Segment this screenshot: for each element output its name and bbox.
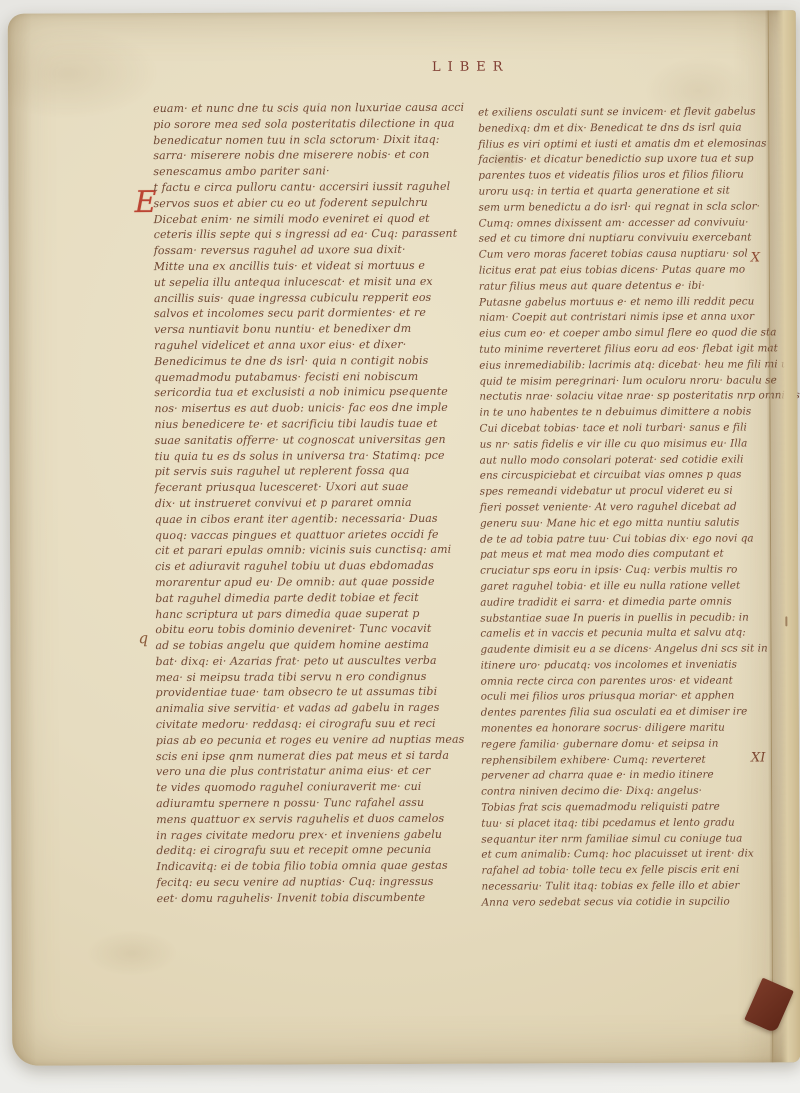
text-line: raguhel videlicet et anna uxor eius· et …: [154, 337, 488, 354]
text-line: vero una die plus contristatur anima eiu…: [156, 763, 490, 780]
text-line: eius cum eo· et coeper ambo simul flere …: [479, 326, 761, 343]
text-line: pio sorore mea sed sola posteritatis dil…: [153, 115, 487, 132]
text-line: contra niniven decimo die· Dixq: angelus…: [481, 784, 763, 801]
chapter-mark-x: X: [751, 250, 760, 265]
left-margin-mark: q: [138, 629, 148, 647]
text-line: rephensibilem exhibere· Cumq: reverteret: [481, 752, 763, 769]
text-line: Anna vero sedebat secus via cotidie in s…: [482, 894, 764, 911]
text-line: ens circuspiciebat et circuibat vias omn…: [480, 468, 762, 485]
text-line: dentes parentes filia sua osculati ea et…: [481, 705, 763, 722]
text-line: ad se tobias angelu que quidem homine ae…: [155, 637, 489, 654]
text-line: pias ab eo pecunia et roges eu venire ad…: [156, 732, 490, 749]
text-line: tuu· si placet itaq: tibi pcedamus et le…: [481, 815, 763, 832]
text-line: sequantur iter nrm familiae simul cu con…: [481, 831, 763, 848]
text-line: sericordia tua et exclusisti a nob inimi…: [154, 384, 488, 401]
text-line: de te ad tobia patre tuu· Cui tobias dix…: [480, 531, 762, 548]
text-line: Putasne gabelus mortuus e· et nemo illi …: [479, 294, 761, 311]
text-line: cit et parari epulas omnib: vicinis suis…: [155, 542, 489, 559]
text-line: Tobias frat scis quemadmodu reliquisti p…: [481, 799, 763, 816]
text-line: generu suu· Mane hic et ego mitta nuntiu…: [480, 515, 762, 532]
text-line: Cum vero moras faceret tobias causa nupt…: [479, 247, 761, 264]
text-line: in te uno habentes te n debuimus dimitte…: [479, 405, 761, 422]
text-line: benedixq: dm et dix· Benedicat te dns ds…: [478, 120, 760, 137]
text-line: nos· misertus es aut duob: unicis· fac e…: [154, 400, 488, 417]
text-line: gaudente dimisit eu a se dicens· Angelus…: [480, 642, 762, 659]
text-line: tuto minime reverteret filius eoru ad eo…: [479, 341, 761, 358]
text-line: parentes tuos et videatis filios uros et…: [478, 168, 760, 185]
text-line: suae sanitatis offerre· ut cognoscat uni…: [155, 431, 489, 448]
text-line: dix· ut instrueret convivui et p pararet…: [155, 495, 489, 512]
text-line: scis eni ipse qnm numerat dies pat meus …: [156, 747, 490, 764]
text-line: fecerant priusqua lucesceret· Uxori aut …: [155, 479, 489, 496]
text-line: bat raguhel dimedia parte dedit tobiae e…: [155, 589, 489, 606]
text-line: quemadmodu putabamus· fecisti eni nobisc…: [154, 368, 488, 385]
text-line: Cui dicebat tobias· tace et noli turbari…: [479, 420, 761, 437]
text-line: hanc scriptura ut pars dimedia quae supe…: [155, 605, 489, 622]
text-line: quae in cibos erant iter agentib: necess…: [155, 510, 489, 527]
book-fore-edge: [768, 10, 800, 1062]
text-line: fieri posset veniente· At vero raguhel d…: [480, 499, 762, 516]
text-line: pit servis suis raguhel ut replerent fos…: [155, 463, 489, 480]
text-line: niam· Coepit aut contristari nimis ipse …: [479, 310, 761, 327]
text-line: nius benedicere te· et sacrificiu tibi l…: [154, 416, 488, 433]
text-line: quoq: vaccas pingues et quattuor arietes…: [155, 526, 489, 543]
text-line: animalia sive servitia· et vadas ad gabe…: [156, 700, 490, 717]
manuscript-photo: { "header": { "title": "LIBER" }, "manus…: [0, 0, 800, 1093]
text-line: Cumq: omnes dixissent am· accesser ad co…: [479, 215, 761, 232]
text-line: oculi mei filios uros priusqua moriar· e…: [481, 689, 763, 706]
text-line: monentes ea honorare socrus· diligere ma…: [481, 721, 763, 738]
text-line: salvos et incolomes secu parit dormiente…: [154, 305, 488, 322]
text-line: versa nuntiavit bonu nuntiu· et benedixe…: [154, 321, 488, 338]
text-line: benedicatur nomen tuu in scla sctorum· D…: [153, 131, 487, 148]
text-line: rafahel ad tobia· tolle tecu ex felle pi…: [481, 863, 763, 880]
text-line: Mitte una ex ancillis tuis· et videat si…: [154, 258, 488, 275]
text-line: nectutis nrae· solaciu vitae nrae· sp po…: [479, 389, 761, 406]
text-column-right: et exiliens osculati sunt se invicem· et…: [478, 104, 764, 911]
text-line: omnia recte circa con parentes uros· et …: [481, 673, 763, 690]
text-line: audire tradidit ei sarra· et dimedia par…: [480, 594, 762, 611]
text-line: morarentur apud eu· De omnib: aut quae p…: [155, 574, 489, 591]
text-line: fossam· reversus raguhel ad uxore sua di…: [154, 242, 488, 259]
text-line: civitate medoru· reddasq: ei cirografu s…: [156, 716, 490, 733]
text-line: Benedicimus te dne ds isrl· quia n conti…: [154, 352, 488, 369]
text-line: obitu eoru tobis dominio deveniret· Tunc…: [155, 621, 489, 638]
parchment-page: LIBER E euam· et nunc dne tu scis quia n…: [8, 10, 800, 1065]
text-line: adiuramtu spernere n possu· Tunc rafahel…: [156, 795, 490, 812]
text-line: facientis· et dicatur benedictio sup uxo…: [478, 152, 760, 169]
text-line: te vides quomodo raguhel coniuraverit me…: [156, 779, 490, 796]
chapter-mark-xi: XI: [751, 750, 765, 765]
text-line: tiu quia tu es ds solus in universa tra·…: [155, 447, 489, 464]
text-line: Indicavitq: ei de tobia filio tobia omni…: [156, 858, 490, 875]
text-line: ratur filius meus aut quare detentus e· …: [479, 278, 761, 295]
text-line: et cum animalib: Cumq: hoc placuisset ut…: [481, 847, 763, 864]
running-header: LIBER: [432, 60, 510, 75]
text-line: garet raguhel tobia· et ille eu nulla ra…: [480, 578, 762, 595]
text-line: providentiae tuae· tam obsecro te ut ass…: [156, 684, 490, 701]
text-line: bat· dixq: ei· Azarias frat· peto ut aus…: [156, 653, 490, 670]
text-line: senescamus ambo pariter sani·: [153, 163, 487, 180]
fore-edge-mark: [785, 616, 787, 626]
text-line: t factu e circa pulloru cantu· accersiri…: [153, 179, 487, 196]
text-line: us nr· satis fidelis e vir ille cu quo m…: [480, 436, 762, 453]
text-line: in rages civitate medoru prex· et inveni…: [156, 826, 490, 843]
text-line: uroru usq: in tertia et quarta generatio…: [478, 183, 760, 200]
text-line: fecitq: eu secu venire ad nuptias· Cuq: …: [156, 874, 490, 891]
text-line: cis et adiuravit raguhel tobiu ut duas e…: [155, 558, 489, 575]
text-line: pervener ad charra quae e· in medio itin…: [481, 768, 763, 785]
text-line: itinere uro· pducatq: vos incolomes et i…: [481, 657, 763, 674]
text-line: mea· si meipsu trada tibi servu n ero co…: [156, 668, 490, 685]
text-line: licitus erat pat eius tobias dicens· Put…: [479, 262, 761, 279]
text-line: mens quattuor ex servis raguhelis et duo…: [156, 810, 490, 827]
text-line: necessariu· Tulit itaq: tobias ex felle …: [481, 878, 763, 895]
text-line: substantiae suae In pueris in puellis in…: [480, 610, 762, 627]
text-line: ancillis suis· quae ingressa cubiculu re…: [154, 289, 488, 306]
text-line: cruciatur sps eoru in ipsis· Cuq: verbis…: [480, 563, 762, 580]
text-line: regere familia· gubernare domu· et seips…: [481, 736, 763, 753]
text-line: euam· et nunc dne tu scis quia non luxur…: [153, 100, 487, 117]
text-line: Dicebat enim· ne simili modo eveniret ei…: [154, 210, 488, 227]
text-line: camelis et in vaccis et pecunia multa et…: [480, 626, 762, 643]
text-line: eet· domu raguhelis· Invenit tobia discu…: [157, 889, 491, 906]
text-line: quid te misim peregrinari· lum oculoru n…: [479, 373, 761, 390]
text-line: deditq: ei cirografu suu et recepit omne…: [156, 842, 490, 859]
text-line: et exiliens osculati sunt se invicem· et…: [478, 104, 760, 121]
text-line: spes remeandi videbatur ut procul videre…: [480, 484, 762, 501]
text-line: sarra· miserere nobis dne miserere nobis…: [153, 147, 487, 164]
text-line: pat meus et mat mea modo dies computant …: [480, 547, 762, 564]
text-line: filius es viri optimi et iusti et amatis…: [478, 136, 760, 153]
text-line: sem urm benedictu a do isrl· qui regnat …: [479, 199, 761, 216]
text-line: eius inremediabilib: lacrimis atq: diceb…: [479, 357, 761, 374]
text-line: ut sepelia illu antequa inlucescat· et m…: [154, 273, 488, 290]
text-line: servos suos et abier cu eo ut foderent s…: [154, 194, 488, 211]
text-line: ceteris illis septe qui s ingressi ad ea…: [154, 226, 488, 243]
text-line: aut nullo modo consolari poterat· sed co…: [480, 452, 762, 469]
text-column-left: euam· et nunc dne tu scis quia non luxur…: [153, 100, 491, 907]
text-line: sed et cu timore dni nuptiaru convivuiu …: [479, 231, 761, 248]
